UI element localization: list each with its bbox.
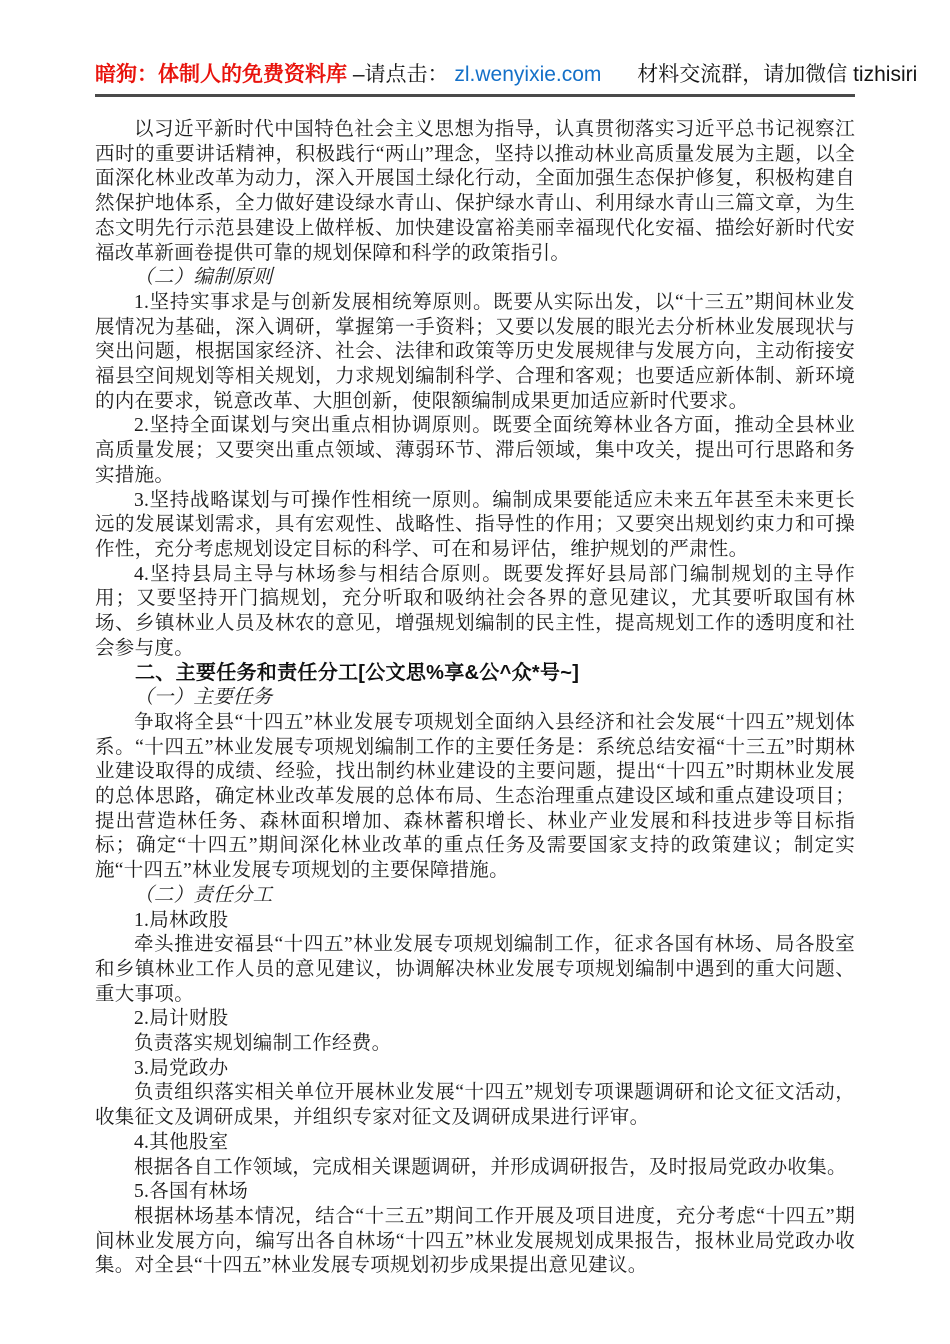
paragraph: 争取将全县“十四五”林业发展专项规划全面纳入县经济和社会发展“十四五”规划体系。…	[95, 711, 855, 884]
document-page: 暗狗：体制人的免费资料库 –请点击： zl.wenyixie.com 材料交流群…	[0, 0, 950, 1344]
paragraph: 4.其他股室	[95, 1131, 855, 1156]
promo-site-name: 暗狗：体制人的免费资料库	[95, 63, 347, 86]
paragraph: 以习近平新时代中国特色社会主义思想为指导，认真贯彻落实习近平总书记视察江西时的重…	[95, 118, 855, 266]
promo-header: 暗狗：体制人的免费资料库 –请点击： zl.wenyixie.com 材料交流群…	[95, 62, 855, 88]
promo-link[interactable]: zl.wenyixie.com	[454, 63, 601, 86]
header-divider	[95, 94, 855, 97]
paragraph: 1.坚持实事求是与创新发展相统筹原则。既要从实际出发，以“十三五”期间林业发展情…	[95, 291, 855, 415]
section-heading: 二、主要任务和责任分工[公文思%享&公^众*号~]	[95, 661, 855, 686]
paragraph: 2.局计财股	[95, 1007, 855, 1032]
paragraph: 2.坚持全面谋划与突出重点相协调原则。既要全面统筹林业各方面，推动全县林业高质量…	[95, 414, 855, 488]
paragraph: 牵头推进安福县“十四五”林业发展专项规划编制工作，征求各国有林场、局各股室和乡镇…	[95, 933, 855, 1007]
paragraph: 4.坚持县局主导与林场参与相结合原则。既要发挥好县局部门编制规划的主导作用；又要…	[95, 563, 855, 662]
paragraph: 负责组织落实相关单位开展林业发展“十四五”规划专项课题调研和论文征文活动，收集征…	[95, 1081, 855, 1130]
promo-click-prompt: –请点击：	[353, 63, 449, 86]
subsection-heading: （二）编制原则	[95, 266, 855, 291]
paragraph: 1.局林政股	[95, 909, 855, 934]
paragraph: 负责落实规划编制工作经费。	[95, 1032, 855, 1057]
subsection-heading: （二）责任分工	[95, 884, 855, 909]
paragraph: 根据林场基本情况，结合“十三五”期间工作开展及项目进度，充分考虑“十四五”期间林…	[95, 1205, 855, 1279]
paragraph: 5.各国有林场	[95, 1180, 855, 1205]
paragraph: 根据各自工作领域，完成相关课题调研，并形成调研报告，及时报局党政办收集。	[95, 1156, 855, 1181]
subsection-heading: （一）主要任务	[95, 686, 855, 711]
paragraph: 3.坚持战略谋划与可操作性相统一原则。编制成果要能适应未来五年甚至未来更长远的发…	[95, 489, 855, 563]
paragraph: 3.局党政办	[95, 1057, 855, 1082]
document-body: 以习近平新时代中国特色社会主义思想为指导，认真贯彻落实习近平总书记视察江西时的重…	[95, 118, 855, 1279]
promo-group-note: 材料交流群，请加微信 tizhisiri	[637, 63, 917, 86]
